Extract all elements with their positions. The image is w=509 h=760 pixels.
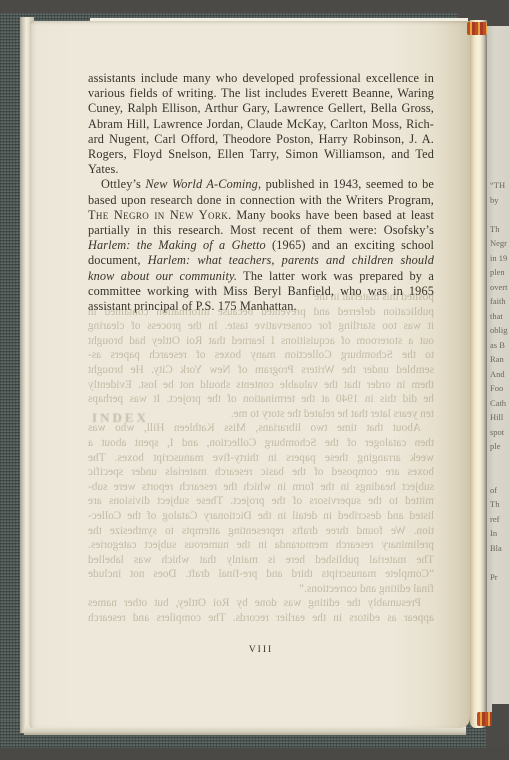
text-line: The Negro in New York. Many books have b… xyxy=(88,208,434,223)
edge-text-fragment: Foo xyxy=(490,381,507,396)
text-line: Ottley’s New World A-Coming, published i… xyxy=(88,177,434,192)
body-text: based upon research done in connection w… xyxy=(88,193,434,207)
ghost-text-line: Presumably the editing was done by Roi O… xyxy=(88,596,434,611)
edge-text-fragment xyxy=(490,454,507,469)
ghost-text-line: he did this in 1940 at the termination o… xyxy=(88,392,434,407)
edge-text-fragment: In xyxy=(490,526,507,541)
body-text: Abram Hill, Lawrence Jordan, Claude McKa… xyxy=(88,117,434,131)
italic-title-text: know about our community. xyxy=(88,269,237,283)
ghost-text-line: it was too startling for conservative ta… xyxy=(88,319,434,334)
text-line: document, Harlem: what teachers, parents… xyxy=(88,253,434,268)
ghost-text-line: “Complete manuscripts third and pre-fina… xyxy=(88,567,434,582)
text-line: various fields of writing. The list incl… xyxy=(88,86,434,101)
edge-text-fragment: of xyxy=(490,483,507,498)
body-text: published in 1943, seemed to be xyxy=(261,177,434,191)
edge-text-fragment: Th xyxy=(490,497,507,512)
ghost-text-line: week arranging these papers in thirty-fi… xyxy=(88,451,434,466)
text-line: Rogers, Floyd Snelson, Ellen Tarry, Simo… xyxy=(88,147,434,162)
edge-text-fragment: plen xyxy=(490,265,507,280)
body-text: Ottley’s xyxy=(101,177,145,191)
ghost-text-line: to the Schomburg Collection many boxes o… xyxy=(88,348,434,363)
body-text: Cuney, Ralph Ellison, Arthur Gary, Lawre… xyxy=(88,101,434,115)
ghost-text-line: mitted to the supervisors of the project… xyxy=(88,494,434,509)
edge-text-fragment xyxy=(490,468,507,483)
text-line: ard Nugent, Carl Offord, Theodore Poston… xyxy=(88,132,434,147)
background-band-bottom xyxy=(0,748,509,760)
body-text: partially in this research. Most recent … xyxy=(88,223,434,237)
ghost-text-line: boxes are composed of the basic research… xyxy=(88,465,434,480)
gutter-fold xyxy=(470,20,487,728)
edge-text-fragment: Th xyxy=(490,222,507,237)
body-text: Yates. xyxy=(88,162,119,176)
text-line: assistant principal of P.S. 175 Manhatta… xyxy=(88,299,434,314)
smallcaps-title-text: The Negro in New York xyxy=(88,208,228,222)
body-text: The latter work was prepared by a xyxy=(237,269,434,283)
edge-text-fragment: Negr xyxy=(490,236,507,251)
body-text: various fields of writing. The list incl… xyxy=(88,86,434,100)
edge-text-fragment: that xyxy=(490,309,507,324)
italic-title-text: Harlem: what teachers, parents and child… xyxy=(148,253,434,267)
edge-text-fragment: as B xyxy=(490,338,507,353)
edge-text-fragment: in 19 xyxy=(490,251,507,266)
book-page: posited this material in thepublication … xyxy=(30,21,470,728)
text-line: Cuney, Ralph Ellison, Arthur Gary, Lawre… xyxy=(88,101,434,116)
italic-title-text: New World A-Coming, xyxy=(145,177,261,191)
body-text: assistant principal of P.S. 175 Manhatta… xyxy=(88,299,297,313)
ghost-text-line: them in order that the valuable contents… xyxy=(88,378,434,393)
ghost-text-line: preliminary research memoranda in the nu… xyxy=(88,538,434,553)
edge-text-fragment: by xyxy=(490,193,507,208)
edge-text-fragment: Bla xyxy=(490,541,507,556)
edge-text-fragment: And xyxy=(490,367,507,382)
text-line: assistants include many who developed pr… xyxy=(88,71,434,86)
edge-text-fragment: Hill xyxy=(490,410,507,425)
edge-text-fragment: Cath xyxy=(490,396,507,411)
ghost-text-line: then cataloger of the Schomburg Collecti… xyxy=(88,436,434,451)
show-through-text: posited this material in thepublication … xyxy=(88,290,434,626)
ghost-text-line: appear as editors in the earlier records… xyxy=(88,611,434,626)
edge-text-fragment: oblig xyxy=(490,323,507,338)
ghost-text-line: tion. We found three drafts representing… xyxy=(88,524,434,539)
body-text: assistants include many who developed pr… xyxy=(88,71,434,85)
ghost-text-line: listed and described in detail in the Di… xyxy=(88,509,434,524)
ghost-text-line: final editing and corrections.” xyxy=(88,582,434,597)
text-line: Harlem: the Making of a Ghetto (1965) an… xyxy=(88,238,434,253)
text-line: know about our community. The latter wor… xyxy=(88,269,434,284)
body-text: document, xyxy=(88,253,148,267)
show-through-index-heading: INDEX xyxy=(92,410,149,426)
text-line: committee working with Miss Beryl Banfie… xyxy=(88,284,434,299)
body-text: (1965) and an exciting school xyxy=(266,238,434,252)
book-scan: posited this material in thepublication … xyxy=(0,0,509,760)
page-number: VIII xyxy=(88,645,434,655)
text-line: partially in this research. Most recent … xyxy=(88,223,434,238)
ghost-text-line: sembled under the Writers Program of New… xyxy=(88,363,434,378)
edge-text-fragment: Ran xyxy=(490,352,507,367)
edge-text-fragment: ple xyxy=(490,439,507,454)
edge-text-fragment: spot xyxy=(490,425,507,440)
edge-text-fragment xyxy=(490,207,507,222)
body-text: . Many books have been based at least xyxy=(228,208,434,222)
italic-title-text: Harlem: the Making of a Ghetto xyxy=(88,238,266,252)
edge-text-fragment: “TH xyxy=(490,178,507,193)
body-text: Rogers, Floyd Snelson, Ellen Tarry, Simo… xyxy=(88,147,434,161)
ghost-text-line: subject headings in the form in which th… xyxy=(88,480,434,495)
text-line: Abram Hill, Lawrence Jordan, Claude McKa… xyxy=(88,117,434,132)
body-text: committee working with Miss Beryl Banfie… xyxy=(88,284,434,298)
headband-top xyxy=(467,22,487,35)
edge-text-fragment: ref xyxy=(490,512,507,527)
body-text: ard Nugent, Carl Offord, Theodore Poston… xyxy=(88,132,434,146)
text-line: based upon research done in connection w… xyxy=(88,193,434,208)
edge-text-fragment: faith xyxy=(490,294,507,309)
ghost-text-line: The material published here is mainly th… xyxy=(88,553,434,568)
text-line: Yates. xyxy=(88,162,434,177)
facing-page-edge: “THby ThNegrin 19plenovertfaiththatoblig… xyxy=(487,26,509,720)
edge-text-fragment xyxy=(490,555,507,570)
edge-text-fragment: overt xyxy=(490,280,507,295)
printed-text-block: assistants include many who developed pr… xyxy=(88,71,434,314)
ghost-text-line: out a storeroom of acquisitions I learne… xyxy=(88,334,434,349)
facing-page-text-fragments: “THby ThNegrin 19plenovertfaiththatoblig… xyxy=(490,178,507,584)
edge-text-fragment: Pr xyxy=(490,570,507,585)
